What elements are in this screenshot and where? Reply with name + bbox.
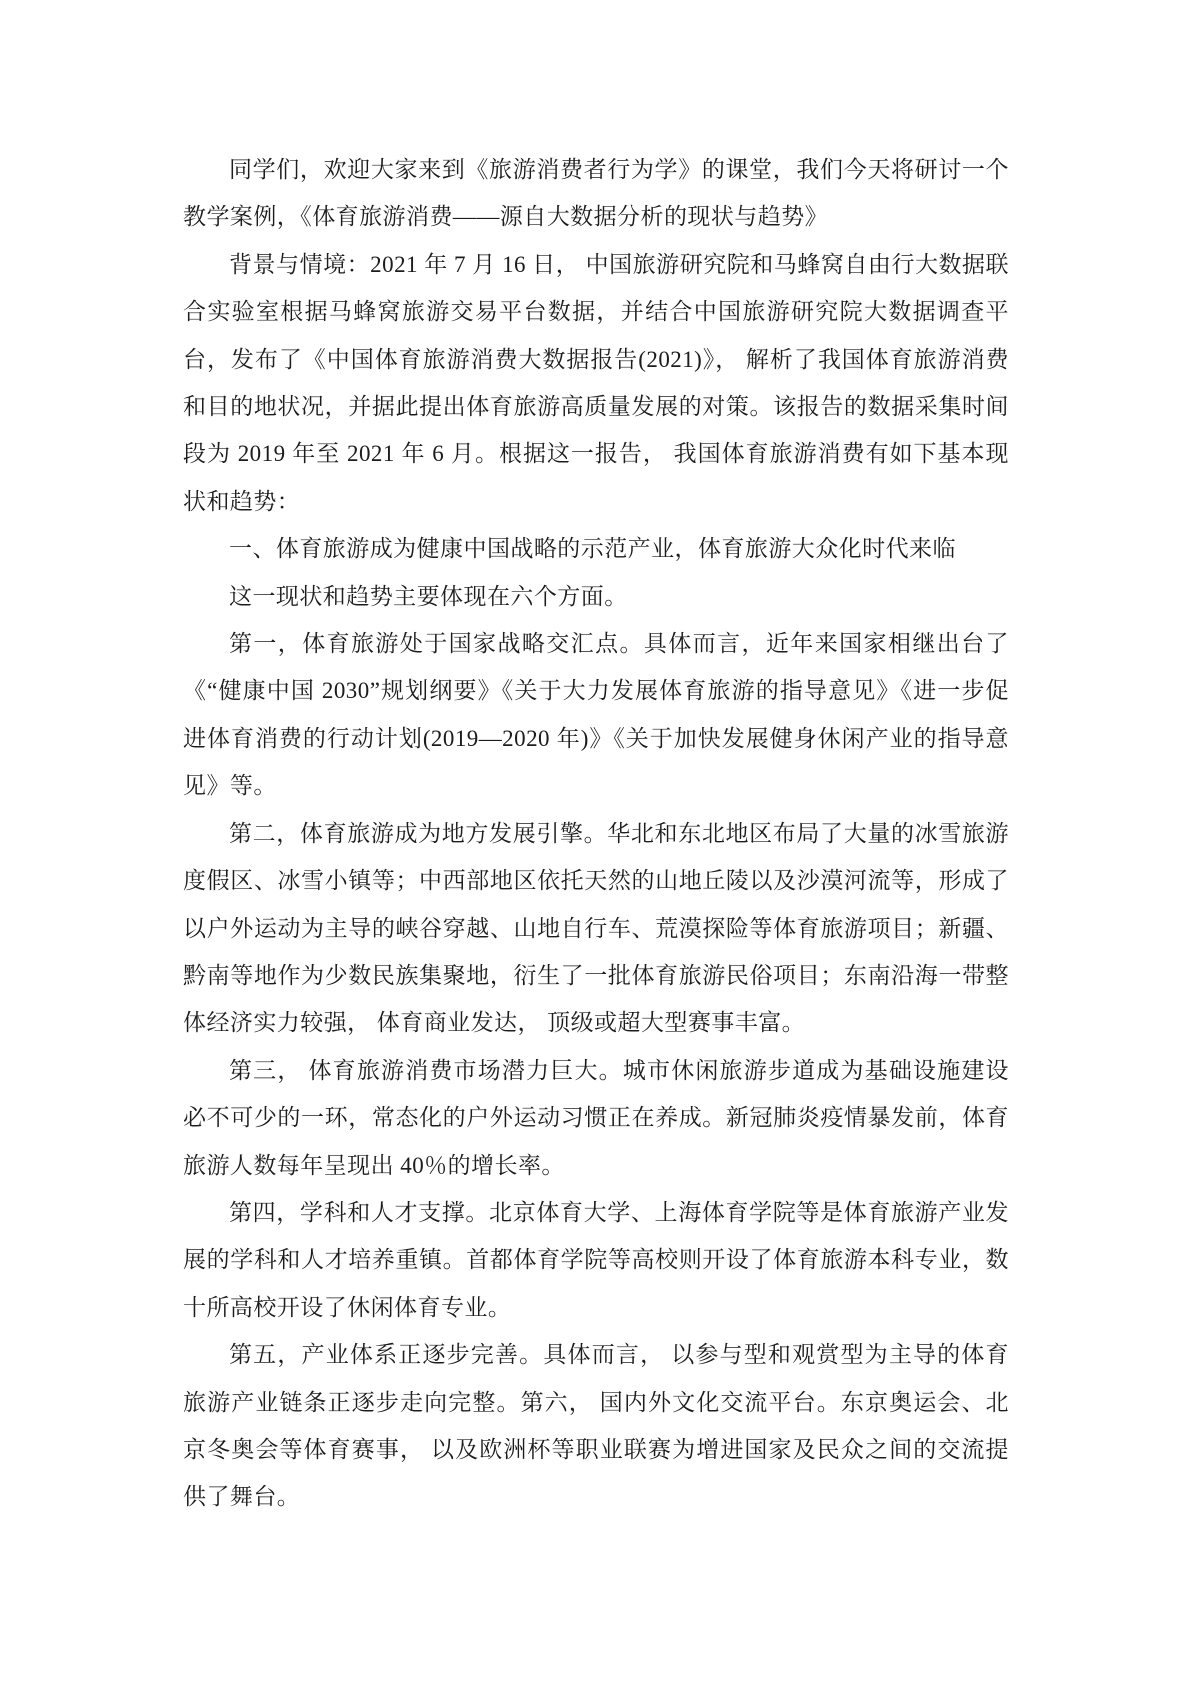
paragraph-background: 背景与情境：2021 年 7 月 16 日， 中国旅游研究院和马蜂窝自由行大数据…: [183, 241, 1009, 525]
document-body: 同学们，欢迎大家来到《旅游消费者行为学》的课堂，我们今天将研讨一个教学案例，《体…: [183, 146, 1009, 1521]
paragraph-point-2: 第二，体育旅游成为地方发展引擎。华北和东北地区布局了大量的冰雪旅游度假区、冰雪小…: [183, 810, 1009, 1047]
paragraph-point-4: 第四，学科和人才支撑。北京体育大学、上海体育学院等是体育旅游产业发展的学科和人才…: [183, 1189, 1009, 1331]
paragraph-overview: 这一现状和趋势主要体现在六个方面。: [183, 573, 1009, 620]
paragraph-intro: 同学们，欢迎大家来到《旅游消费者行为学》的课堂，我们今天将研讨一个教学案例，《体…: [183, 146, 1009, 241]
document-page: 同学们，欢迎大家来到《旅游消费者行为学》的课堂，我们今天将研讨一个教学案例，《体…: [0, 0, 1190, 1683]
paragraph-section-heading: 一、体育旅游成为健康中国战略的示范产业，体育旅游大众化时代来临: [183, 525, 1009, 572]
paragraph-point-3: 第三， 体育旅游消费市场潜力巨大。城市休闲旅游步道成为基础设施建设必不可少的一环…: [183, 1047, 1009, 1189]
paragraph-point-1: 第一，体育旅游处于国家战略交汇点。具体而言，近年来国家相继出台了《“健康中国 2…: [183, 620, 1009, 810]
paragraph-point-5-6: 第五，产业体系正逐步完善。具体而言， 以参与型和观赏型为主导的体育旅游产业链条正…: [183, 1331, 1009, 1521]
